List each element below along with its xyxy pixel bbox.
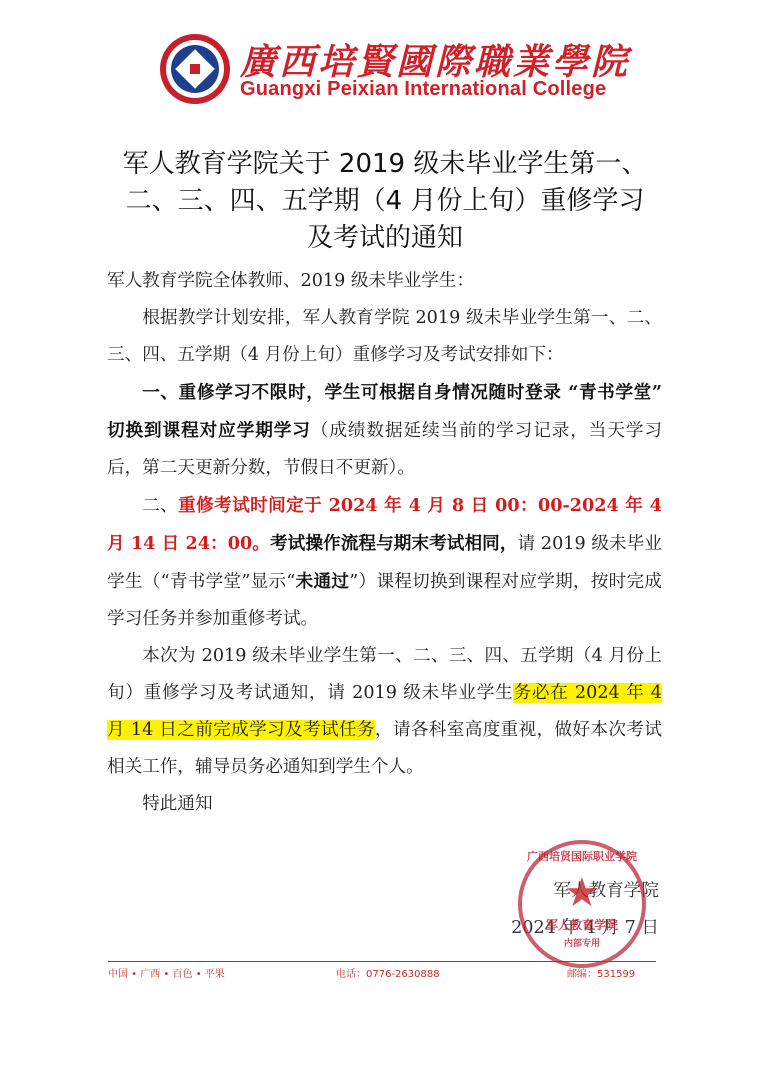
seal-use: 内部专用 bbox=[532, 936, 632, 949]
letterhead: 廣西培賢國際職業學院 Guangxi Peixian International… bbox=[160, 32, 610, 112]
intro-paragraph: 根据教学计划安排，军人教育学院 2019 级未毕业学生第一、二、三、四、五学期（… bbox=[107, 300, 662, 374]
college-emblem-icon bbox=[160, 34, 230, 104]
footer-divider bbox=[108, 961, 656, 962]
title-line: 及考试的通知 bbox=[105, 220, 665, 257]
item-1-paragraph: 一、重修学习不限时，学生可根据自身情况随时登录 “青书学堂” 切换到课程对应学期… bbox=[107, 374, 662, 487]
seal-arc-text: 广西培贤国际职业学院 bbox=[526, 848, 638, 864]
seal-dept: 军人教育学院 bbox=[532, 916, 632, 933]
status-not-passed: 未通过 bbox=[295, 571, 349, 592]
item-2-prefix: 二、 bbox=[142, 496, 178, 516]
notice-body: 军人教育学院全体教师、2019 级未毕业学生： 根据教学计划安排，军人教育学院 … bbox=[107, 263, 662, 823]
item-2-paragraph: 二、重修考试时间定于 2024 年 4 月 8 日 00：00-2024 年 4… bbox=[107, 487, 662, 638]
closing-paragraph: 本次为 2019 级未毕业学生第一、二、三、四、五学期（4 月份上旬）重修学习及… bbox=[107, 638, 662, 786]
notice-title: 军人教育学院关于 2019 级未毕业学生第一、 二、三、四、五学期（4 月份上旬… bbox=[105, 146, 665, 257]
title-line: 军人教育学院关于 2019 级未毕业学生第一、 bbox=[105, 146, 665, 183]
footer-postcode: 邮编：531599 bbox=[567, 965, 635, 980]
title-line: 二、三、四、五学期（4 月份上旬）重修学习 bbox=[105, 183, 665, 220]
college-name-en: Guangxi Peixian International College bbox=[240, 78, 606, 101]
footer-address: 中国 • 广西 • 百色 • 平果 bbox=[108, 965, 225, 980]
star-icon: ★ bbox=[564, 870, 600, 916]
official-seal: 广西培贤国际职业学院 ★ 军人教育学院 内部专用 bbox=[518, 840, 646, 968]
footer-phone: 电话：0776-2630888 bbox=[336, 965, 440, 980]
sign-off: 特此通知 bbox=[107, 786, 662, 823]
salutation: 军人教育学院全体教师、2019 级未毕业学生： bbox=[107, 263, 662, 300]
item-2-bold: 考试操作流程与期末考试相同， bbox=[270, 533, 518, 554]
